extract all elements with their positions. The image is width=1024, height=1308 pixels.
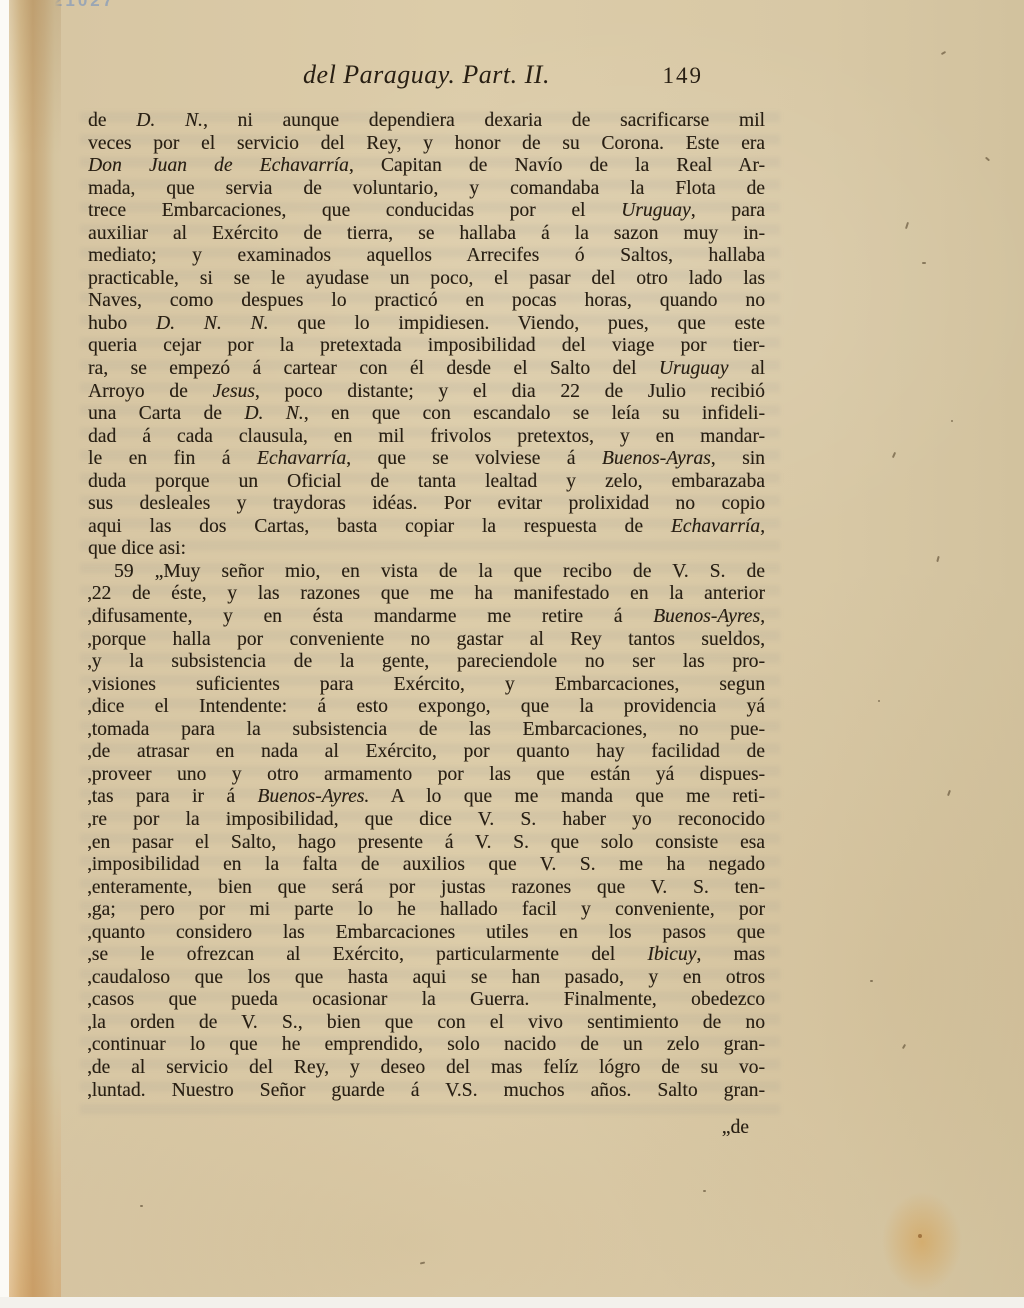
body-text: de D. N., ni aunque dependiera dexaria d… bbox=[88, 110, 765, 1140]
text-segment: „porque halla por conveniente no gastar … bbox=[88, 629, 765, 650]
text-segment: „caudaloso que los que hasta aqui se han… bbox=[88, 967, 765, 988]
text-line: „ga; pero por mi parte lo he hallado fac… bbox=[88, 899, 765, 922]
text-line: mediato; y examinados aquellos Arrecifes… bbox=[88, 245, 765, 268]
text-line: ra, se empezó á cartear con él desde el … bbox=[88, 358, 765, 381]
text-line: „luntad. Nuestro Señor guarde á V.S. muc… bbox=[88, 1080, 765, 1103]
text-segment: una Carta de bbox=[88, 403, 244, 424]
running-header: del Paraguay. Part. II. 149 bbox=[88, 60, 765, 96]
text-line: de D. N., ni aunque dependiera dexaria d… bbox=[88, 110, 765, 133]
text-segment: duda porque un Oficial de tanta lealtad … bbox=[88, 471, 765, 492]
text-segment: Echavarría, bbox=[671, 516, 765, 537]
text-line: „quanto considero las Embarcaciones util… bbox=[88, 922, 765, 945]
text-segment: ra, se empezó á cartear con él desde el … bbox=[88, 358, 659, 379]
text-segment: „y la subsistencia de la gente, parecien… bbox=[88, 651, 765, 672]
text-line: „enteramente, bien que será por justas r… bbox=[88, 877, 765, 900]
text-segment: queria cejar por la pretextada imposibil… bbox=[88, 335, 765, 356]
text-segment: que dice asi: bbox=[88, 538, 186, 559]
book-page-scan: 0021027 del Paraguay. Part. II. 149 de D… bbox=[0, 0, 1024, 1308]
text-segment: Uruguay bbox=[659, 358, 729, 379]
text-segment: , poco distante; y el dia 22 de Julio re… bbox=[255, 381, 765, 402]
text-segment: , para bbox=[691, 200, 765, 221]
text-segment: Naves, como despues lo practicó en pocas… bbox=[88, 290, 765, 311]
body-text-lines: de D. N., ni aunque dependiera dexaria d… bbox=[88, 110, 765, 1102]
text-segment: „visiones suficientes para Exército, y E… bbox=[88, 674, 765, 695]
text-line: mada, que servia de voluntario, y comand… bbox=[88, 178, 765, 201]
text-line: „de atrasar en nada al Exército, por qua… bbox=[88, 741, 765, 764]
text-line: hubo D. N. N. que lo impidiesen. Viendo,… bbox=[88, 313, 765, 336]
text-segment: sus desleales y traydoras idéas. Por evi… bbox=[88, 493, 765, 514]
text-segment: „ga; pero por mi parte lo he hallado fac… bbox=[88, 899, 765, 920]
text-segment: , sin bbox=[711, 448, 765, 469]
text-line: dad á cada clausula, en mil frivolos pre… bbox=[88, 426, 765, 449]
text-segment: le en fin á bbox=[88, 448, 257, 469]
text-line: Don Juan de Echavarría, Capitan de Navío… bbox=[88, 155, 765, 178]
text-segment: „dice el Intendente: á esto expongo, que… bbox=[88, 696, 765, 717]
text-segment: „tomada para la subsistencia de las Emba… bbox=[88, 719, 765, 740]
text-segment: Buenos-Ayres. bbox=[257, 786, 369, 807]
text-line: „22 de éste, y las razones que me ha man… bbox=[88, 583, 765, 606]
text-line: una Carta de D. N., en que con escandalo… bbox=[88, 403, 765, 426]
text-line: „re por la imposibilidad, que dice V. S.… bbox=[88, 809, 765, 832]
text-segment: „proveer uno y otro armamento por las qu… bbox=[88, 764, 765, 785]
text-segment: dad á cada clausula, en mil frivolos pre… bbox=[88, 426, 765, 447]
text-segment: practicable, si se le ayudase un poco, e… bbox=[88, 268, 765, 289]
text-line: trece Embarcaciones, que conducidas por … bbox=[88, 200, 765, 223]
text-segment: mada, que servia de voluntario, y comand… bbox=[88, 178, 765, 199]
text-segment: „luntad. Nuestro Señor guarde á V.S. muc… bbox=[88, 1080, 765, 1101]
text-segment: Arroyo de bbox=[88, 381, 212, 402]
text-line: „continuar lo que he emprendido, solo na… bbox=[88, 1034, 765, 1057]
rust-stain bbox=[882, 1192, 962, 1292]
text-line: duda porque un Oficial de tanta lealtad … bbox=[88, 471, 765, 494]
text-line: „difusamente, y en ésta mandarme me reti… bbox=[88, 606, 765, 629]
text-segment: , que se volviese á bbox=[346, 448, 602, 469]
text-segment: Ibicuy bbox=[647, 944, 696, 965]
text-segment: Echavarría bbox=[257, 448, 346, 469]
text-segment: que lo impidiesen. Viendo, pues, que est… bbox=[269, 313, 765, 334]
text-segment: Uruguay bbox=[621, 200, 691, 221]
text-line: „visiones suficientes para Exército, y E… bbox=[88, 674, 765, 697]
text-segment: al bbox=[728, 358, 765, 379]
text-segment: , mas bbox=[696, 944, 765, 965]
header-title: del Paraguay. Part. II. bbox=[303, 60, 550, 90]
text-line: „en pasar el Salto, hago presente á V. S… bbox=[88, 832, 765, 855]
text-segment: Don Juan de Echavarría bbox=[88, 155, 349, 176]
text-line: Arroyo de Jesus, poco distante; y el dia… bbox=[88, 381, 765, 404]
text-segment: D. N. bbox=[136, 110, 203, 131]
text-segment: mediato; y examinados aquellos Arrecifes… bbox=[88, 245, 765, 266]
text-segment: aqui las dos Cartas, basta copiar la res… bbox=[88, 516, 671, 537]
text-segment: „imposibilidad en la falta de auxilios q… bbox=[88, 854, 765, 875]
text-segment: „la orden de V. S., bien que con el vivo… bbox=[88, 1012, 765, 1033]
text-line: „se le ofrezcan al Exército, particularm… bbox=[88, 944, 765, 967]
text-line: „porque halla por conveniente no gastar … bbox=[88, 629, 765, 652]
text-segment: A lo que me manda que me reti- bbox=[369, 786, 765, 807]
text-segment: Buenos-Ayres, bbox=[653, 606, 765, 627]
text-segment: „de al servicio del Rey, y deseo del mas… bbox=[88, 1057, 765, 1078]
text-line: „tas para ir á Buenos-Ayres. A lo que me… bbox=[88, 786, 765, 809]
text-line: que dice asi: bbox=[88, 538, 765, 561]
text-segment: „en pasar el Salto, hago presente á V. S… bbox=[88, 832, 765, 853]
text-line: „caudaloso que los que hasta aqui se han… bbox=[88, 967, 765, 990]
text-segment: trece Embarcaciones, que conducidas por … bbox=[88, 200, 621, 221]
text-segment: , en que con escandalo se leía su infide… bbox=[304, 403, 765, 424]
text-line: „proveer uno y otro armamento por las qu… bbox=[88, 764, 765, 787]
text-segment: 59 „Muy señor mio, en vista de la que re… bbox=[114, 561, 765, 582]
text-line: sus desleales y traydoras idéas. Por evi… bbox=[88, 493, 765, 516]
text-segment: „difusamente, y en ésta mandarme me reti… bbox=[88, 606, 653, 627]
text-segment: „se le ofrezcan al Exército, particularm… bbox=[88, 944, 647, 965]
text-segment: , Capitan de Navío de la Real Ar- bbox=[349, 155, 765, 176]
text-line: „y la subsistencia de la gente, parecien… bbox=[88, 651, 765, 674]
text-line: „casos que pueda ocasionar la Guerra. Fi… bbox=[88, 989, 765, 1012]
text-line: veces por el servicio del Rey, y honor d… bbox=[88, 133, 765, 156]
text-segment: auxiliar al Exército de tierra, se halla… bbox=[88, 223, 765, 244]
text-segment: Buenos-Ayras bbox=[602, 448, 711, 469]
text-line: „tomada para la subsistencia de las Emba… bbox=[88, 719, 765, 742]
text-line: „la orden de V. S., bien que con el vivo… bbox=[88, 1012, 765, 1035]
text-segment: D. N. bbox=[244, 403, 303, 424]
text-line: „dice el Intendente: á esto expongo, que… bbox=[88, 696, 765, 719]
page-gutter-edge bbox=[9, 0, 61, 1297]
text-segment: „de atrasar en nada al Exército, por qua… bbox=[88, 741, 765, 762]
page-number: 149 bbox=[663, 63, 704, 89]
catchword: „de bbox=[88, 1117, 765, 1140]
text-segment: hubo bbox=[88, 313, 156, 334]
text-line: Naves, como despues lo practicó en pocas… bbox=[88, 290, 765, 313]
scanner-margin-bottom bbox=[0, 1297, 1024, 1308]
text-segment: „re por la imposibilidad, que dice V. S.… bbox=[88, 809, 765, 830]
scanner-margin-left bbox=[0, 0, 9, 1308]
text-segment: Jesus bbox=[212, 381, 254, 402]
text-segment: D. N. N. bbox=[156, 313, 269, 334]
text-segment: veces por el servicio del Rey, y honor d… bbox=[88, 133, 765, 154]
text-segment: „22 de éste, y las razones que me ha man… bbox=[88, 583, 765, 604]
text-line: „de al servicio del Rey, y deseo del mas… bbox=[88, 1057, 765, 1080]
text-segment: „enteramente, bien que será por justas r… bbox=[88, 877, 765, 898]
text-line: 59 „Muy señor mio, en vista de la que re… bbox=[88, 561, 765, 584]
text-segment: „casos que pueda ocasionar la Guerra. Fi… bbox=[88, 989, 765, 1010]
text-segment: de bbox=[88, 110, 136, 131]
text-segment: „continuar lo que he emprendido, solo na… bbox=[88, 1034, 765, 1055]
text-line: queria cejar por la pretextada imposibil… bbox=[88, 335, 765, 358]
text-segment: „quanto considero las Embarcaciones util… bbox=[88, 922, 765, 943]
text-line: „imposibilidad en la falta de auxilios q… bbox=[88, 854, 765, 877]
text-line: aqui las dos Cartas, basta copiar la res… bbox=[88, 516, 765, 539]
text-segment: „tas para ir á bbox=[88, 786, 257, 807]
text-line: auxiliar al Exército de tierra, se halla… bbox=[88, 223, 765, 246]
text-segment: , ni aunque dependiera dexaria de sacrif… bbox=[203, 110, 765, 131]
text-line: le en fin á Echavarría, que se volviese … bbox=[88, 448, 765, 471]
text-line: practicable, si se le ayudase un poco, e… bbox=[88, 268, 765, 291]
